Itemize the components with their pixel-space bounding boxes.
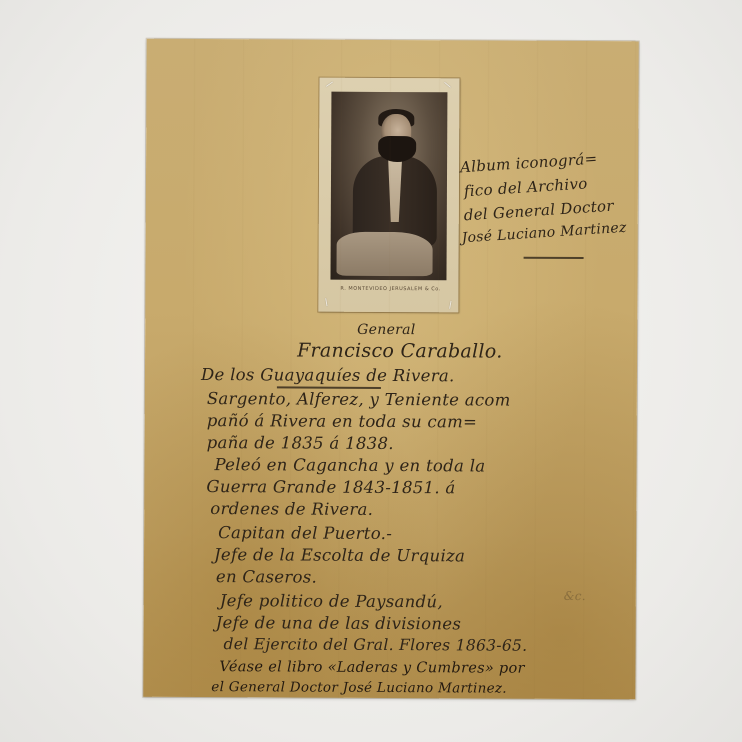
body-line: Peleó en Cagancha y en toda la bbox=[214, 455, 485, 475]
body-line: del Ejercito del Gral. Flores 1863-65. bbox=[224, 635, 528, 655]
body-line: Jefe de la Escolta de Urquiza bbox=[214, 545, 465, 565]
side-note-underline bbox=[524, 257, 584, 259]
body-line: Sargento, Alferez, y Teniente acom bbox=[207, 389, 511, 410]
side-note-line: José Luciano Martinez bbox=[461, 220, 627, 247]
body-line: pañó á Rivera en toda su cam= bbox=[207, 411, 478, 431]
body-line: Jefe politico de Paysandú, bbox=[220, 591, 443, 611]
mounting-pin bbox=[325, 298, 327, 306]
heading-name: Francisco Caraballo. bbox=[297, 340, 503, 363]
body-line: De los Guayaquíes de Rivera. bbox=[201, 365, 455, 385]
photographer-caption: R. MONTEVIDEO JERUSALEM & Co. bbox=[340, 286, 436, 293]
portrait-photo-card: R. MONTEVIDEO JERUSALEM & Co. bbox=[318, 78, 459, 313]
mounting-pin bbox=[444, 82, 451, 88]
reference-line: el General Doctor José Luciano Martinez. bbox=[211, 679, 507, 697]
side-note-line: fico del Archivo bbox=[463, 174, 588, 200]
body-underline bbox=[277, 386, 381, 388]
reference-line: Véase el libro «Laderas y Cumbres» por bbox=[219, 659, 524, 677]
body-line: Capitan del Puerto.- bbox=[218, 523, 392, 543]
body-line: Guerra Grande 1843-1851. á bbox=[206, 477, 455, 497]
portrait-photo bbox=[330, 92, 447, 281]
mounting-pin bbox=[326, 81, 333, 86]
portrait-beard bbox=[378, 136, 416, 162]
faint-annotation: &c. bbox=[564, 589, 586, 603]
side-note-line: del General Doctor bbox=[463, 197, 614, 225]
body-line: ordenes de Rivera. bbox=[210, 499, 373, 519]
mounting-pin bbox=[449, 301, 451, 309]
body-line: paña de 1835 á 1838. bbox=[207, 433, 394, 453]
body-line: en Caseros. bbox=[216, 567, 317, 587]
heading-rank: General bbox=[357, 322, 415, 338]
body-line: Jefe de una de las divisiones bbox=[216, 613, 462, 633]
side-note-line: Album iconográ= bbox=[459, 149, 597, 176]
album-page: R. MONTEVIDEO JERUSALEM & Co. Album icon… bbox=[143, 39, 638, 700]
portrait-legs bbox=[336, 232, 432, 277]
